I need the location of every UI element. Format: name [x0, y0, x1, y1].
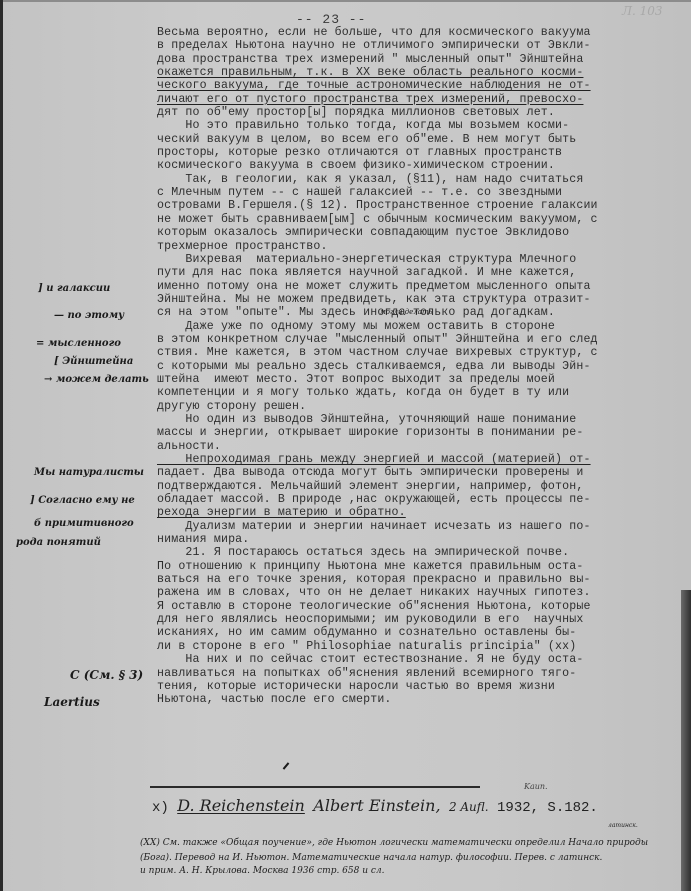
text-line: компетенции и я могу только ждать, когда…	[157, 386, 687, 399]
text-line: падает. Два вывода отсюда могут быть эмп…	[157, 466, 687, 479]
page-number: -- 23 --	[296, 12, 366, 27]
text-line: с которыми мы реально здесь сталкиваемся…	[157, 360, 687, 373]
margin-note: = мысленного	[36, 338, 121, 349]
text-line: которым оказалось эмпирически совпадающи…	[157, 226, 687, 239]
text-line: рехода энергии в материю и обратно.	[157, 506, 687, 519]
text-line: именно потому она не может служить предм…	[157, 280, 687, 293]
margin-note: Laertius	[44, 695, 100, 709]
text-line: ческого вакуума, где точные астрономичес…	[157, 79, 687, 92]
footnote-marker: x)	[152, 800, 169, 816]
text-line: альности.	[157, 440, 687, 453]
text-line: Вихревая материально-энергетическая стру…	[157, 253, 687, 266]
text-line: Дуализм материи и энергии начинает исчез…	[157, 520, 687, 533]
text-line: пути для нас пока является научной загад…	[157, 266, 687, 279]
text-line: дова пространства трех измерений " мысле…	[157, 53, 687, 66]
footnote-edition: 2 Aufl.	[449, 800, 489, 814]
page-top-edge	[0, 0, 691, 2]
text-line: Даже уже по одному этому мы можем остави…	[157, 320, 687, 333]
text-line: обладает массой. В природе ,нас окружающ…	[157, 493, 687, 506]
text-line: Весьма вероятно, если не больше, что для…	[157, 26, 687, 39]
text-line: в этом конкретном случае "мысленный опыт…	[157, 333, 687, 346]
text-line: трехмерное пространство.	[157, 240, 687, 253]
text-line: другую сторону решен.	[157, 400, 687, 413]
text-line: не может быть сравниваем[ым] с обычным к…	[157, 213, 687, 226]
document-page: Л. 103 -- 23 -- Весьма вероятно, если не…	[0, 0, 691, 891]
footnote-author: D. Reichenstein	[177, 796, 305, 815]
text-line: Но это правильно только тогда, когда мы …	[157, 119, 687, 132]
margin-note: ] и галаксии	[38, 283, 110, 294]
text-line: исканиях, но им самим обдуманно и сознат…	[157, 626, 687, 639]
footnote-xx-above: латинск.	[608, 822, 638, 829]
text-line: ваться на его точке зрения, которая прек…	[157, 573, 687, 586]
text-line: На них и по сейчас стоит естествознание.…	[157, 653, 687, 666]
text-line: ли в стороне в его " Philosophiae natura…	[157, 640, 687, 653]
footnote-place-note: Kaun.	[524, 782, 548, 791]
footnote-x: x) D. Reichenstein Albert Einstein, 2 Au…	[152, 796, 598, 816]
text-line: Но один из выводов Эйнштейна, уточняющий…	[157, 413, 687, 426]
text-line: ческий вакуум в целом, во всем его об"ем…	[157, 133, 687, 146]
text-line: ствия. Мне кажется, в этом частном случа…	[157, 346, 687, 359]
text-line: Эйнштейна. Мы не можем предвидеть, как э…	[157, 293, 687, 306]
text-line: ражена им в словах, что он не делает ник…	[157, 586, 687, 599]
text-line: дят по об"ему простор[ы] порядка миллион…	[157, 106, 687, 119]
text-line: для него являлись неоспоримыми; им руков…	[157, 613, 687, 626]
archive-folio-mark: Л. 103	[622, 4, 663, 18]
text-line: личают его от пустого пространства трех …	[157, 93, 687, 106]
text-line: 21. Я постараюсь остаться здесь на эмпир…	[157, 546, 687, 559]
margin-note: Мы натуралисты	[34, 467, 144, 478]
footnote-xx-line1: (XX) См. также «Общая поучение», где Нью…	[140, 836, 680, 866]
footnote-year-page: 1932, S.182.	[497, 800, 598, 816]
typewritten-body: Весьма вероятно, если не больше, что для…	[157, 26, 687, 707]
text-line: тения, которые исторически наросли часть…	[157, 680, 687, 693]
margin-note: C (См. § 3)	[70, 668, 143, 682]
margin-note: — по этому	[54, 310, 124, 321]
margin-note: [ Эйнштейна	[54, 356, 133, 367]
text-line: просторы, которые резко отличаются от гл…	[157, 146, 687, 159]
text-line: штейна имеют место. Этот вопрос выходит …	[157, 373, 687, 386]
page-left-edge	[0, 0, 3, 891]
margin-note: б примитивного	[34, 518, 134, 529]
text-line: окажется правильным, т.к. в XX веке обла…	[157, 66, 687, 79]
text-line: с Млечным путем -- с нашей галаксией -- …	[157, 186, 687, 199]
text-line: подтверждаются. Мельчайший элемент энерг…	[157, 480, 687, 493]
footnote-rule	[150, 786, 480, 788]
text-line: массы и энергии, открывает широкие гориз…	[157, 426, 687, 439]
text-line: островами В.Гершеля.(§ 12). Пространстве…	[157, 199, 687, 212]
text-line: нимания мира.	[157, 533, 687, 546]
text-line: Непроходимая грань между энергией и масс…	[157, 453, 687, 466]
footnote-title: Albert Einstein,	[313, 796, 440, 815]
margin-note: рода понятий	[16, 537, 101, 548]
text-line: Я оставлю в стороне теологические об"ясн…	[157, 600, 687, 613]
interlinear-note: могли делать	[380, 308, 432, 316]
text-line: навливаться на попытках об"яснения явлен…	[157, 667, 687, 680]
margin-note: ] Согласно ему не	[30, 495, 135, 506]
text-line: По отношению к принципу Ньютона мне каже…	[157, 560, 687, 573]
text-line: в пределах Ньютона научно не отличимого …	[157, 39, 687, 52]
text-line: Ньютона, частью после его смерти.	[157, 693, 687, 706]
footnote-xx-line2: и прим. А. Н. Крылова. Москва 1936 стр. …	[140, 866, 385, 876]
margin-note: → можем делать	[44, 374, 149, 385]
pen-stroke	[283, 762, 290, 769]
text-line: космического вакуума в своем физико-хими…	[157, 159, 687, 172]
text-line: Так, в геологии, как я указал, (§11), на…	[157, 173, 687, 186]
